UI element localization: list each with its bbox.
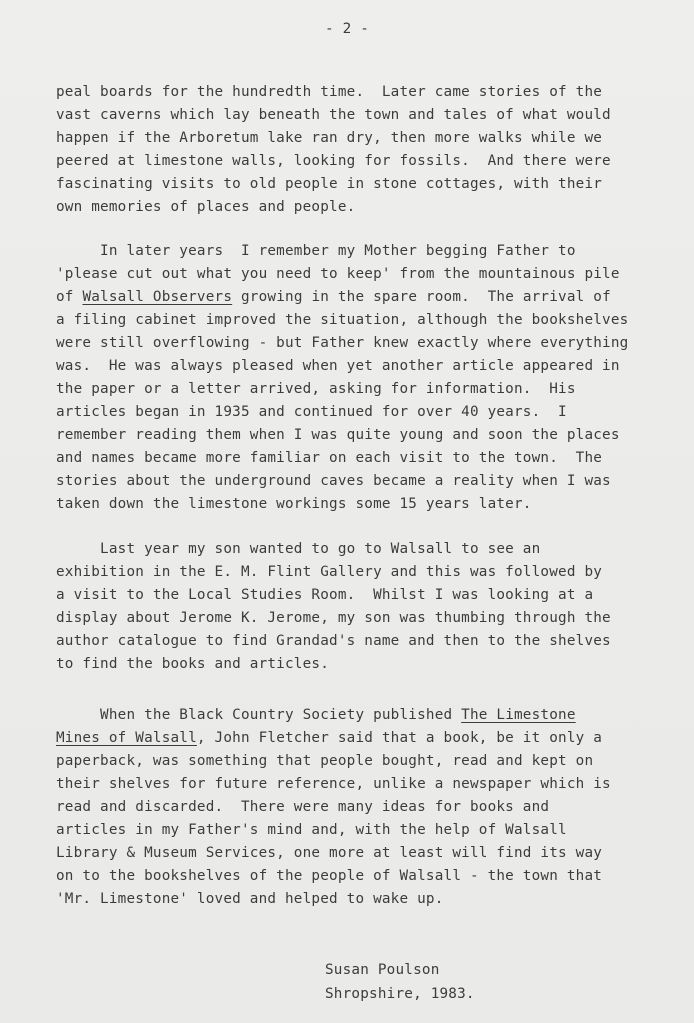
text-segment: on to the bookshelves of the people of W… [56,868,602,884]
text-segment: articles began in 1935 and continued for… [56,404,567,420]
text-line: happen if the Arboretum lake ran dry, th… [56,127,611,150]
paragraph-limestone-mines-book: When the Black Country Society published… [56,704,611,911]
text-segment: , John Fletcher said that a book, be it … [197,730,602,746]
text-segment: own memories of places and people. [56,199,355,215]
text-segment: 'please cut out what you need to keep' f… [56,266,620,282]
text-line: a visit to the Local Studies Room. Whils… [56,584,611,607]
paragraph-local-studies-visit: Last year my son wanted to go to Walsall… [56,538,611,676]
signature-place-date: Shropshire, 1983. [325,982,475,1006]
text-line: read and discarded. There were many idea… [56,796,611,819]
text-line: articles began in 1935 and continued for… [56,401,628,424]
text-segment: fascinating visits to old people in ston… [56,176,602,192]
text-line: on to the bookshelves of the people of W… [56,865,611,888]
text-line: vast caverns which lay beneath the town … [56,104,611,127]
text-segment: was. He was always pleased when yet anot… [56,358,620,374]
text-line: were still overflowing - but Father knew… [56,332,628,355]
text-line: fascinating visits to old people in ston… [56,173,611,196]
paragraph-childhood-memories: peal boards for the hundredth time. Late… [56,81,611,219]
text-segment: growing in the spare room. The arrival o… [232,289,611,305]
signature-block: Susan Poulson Shropshire, 1983. [325,958,475,1006]
text-line: 'please cut out what you need to keep' f… [56,263,628,286]
underlined-title: Walsall Observers [82,289,232,305]
underlined-title: The Limestone [461,707,576,723]
text-line: and names became more familiar on each v… [56,447,628,470]
text-segment: to find the books and articles. [56,656,329,672]
text-line: In later years I remember my Mother begg… [56,240,628,263]
document-page: - 2 - peal boards for the hundredth time… [0,0,694,1023]
text-line: display about Jerome K. Jerome, my son w… [56,607,611,630]
underlined-title: Mines of Walsall [56,730,197,746]
text-segment: 'Mr. Limestone' loved and helped to wake… [56,891,444,907]
text-line: author catalogue to find Grandad's name … [56,630,611,653]
text-line: own memories of places and people. [56,196,611,219]
text-segment: taken down the limestone workings some 1… [56,496,532,512]
text-line: of Walsall Observers growing in the spar… [56,286,628,309]
text-segment: articles in my Father's mind and, with t… [56,822,567,838]
text-line: Library & Museum Services, one more at l… [56,842,611,865]
text-segment: happen if the Arboretum lake ran dry, th… [56,130,602,146]
text-segment: the paper or a letter arrived, asking fo… [56,381,576,397]
text-segment: peal boards for the hundredth time. Late… [56,84,602,100]
text-line: Last year my son wanted to go to Walsall… [56,538,611,561]
text-segment: In later years I remember my Mother begg… [56,243,576,259]
text-line: to find the books and articles. [56,653,611,676]
text-segment: Last year my son wanted to go to Walsall… [56,541,540,557]
text-line: a filing cabinet improved the situation,… [56,309,628,332]
text-segment: of [56,289,82,305]
text-segment: read and discarded. There were many idea… [56,799,549,815]
text-segment: author catalogue to find Grandad's name … [56,633,611,649]
text-line: taken down the limestone workings some 1… [56,493,628,516]
page-number: - 2 - [0,18,694,40]
text-segment: stories about the underground caves beca… [56,473,611,489]
text-segment: peered at limestone walls, looking for f… [56,153,611,169]
text-segment: display about Jerome K. Jerome, my son w… [56,610,611,626]
text-segment: a visit to the Local Studies Room. Whils… [56,587,593,603]
text-segment: paperback, was something that people bou… [56,753,593,769]
text-line: stories about the underground caves beca… [56,470,628,493]
text-line: was. He was always pleased when yet anot… [56,355,628,378]
text-line: articles in my Father's mind and, with t… [56,819,611,842]
text-line: their shelves for future reference, unli… [56,773,611,796]
text-line: 'Mr. Limestone' loved and helped to wake… [56,888,611,911]
text-segment: When the Black Country Society published [56,707,461,723]
text-segment: and names became more familiar on each v… [56,450,602,466]
signature-name: Susan Poulson [325,958,475,982]
text-segment: were still overflowing - but Father knew… [56,335,628,351]
text-line: paperback, was something that people bou… [56,750,611,773]
text-segment: exhibition in the E. M. Flint Gallery an… [56,564,602,580]
text-segment: a filing cabinet improved the situation,… [56,312,628,328]
text-line: remember reading them when I was quite y… [56,424,628,447]
text-line: peal boards for the hundredth time. Late… [56,81,611,104]
paragraph-later-years: In later years I remember my Mother begg… [56,240,628,516]
text-line: When the Black Country Society published… [56,704,611,727]
text-segment: remember reading them when I was quite y… [56,427,620,443]
text-segment: their shelves for future reference, unli… [56,776,611,792]
text-segment: Library & Museum Services, one more at l… [56,845,602,861]
text-line: Mines of Walsall, John Fletcher said tha… [56,727,611,750]
text-line: peered at limestone walls, looking for f… [56,150,611,173]
text-segment: vast caverns which lay beneath the town … [56,107,611,123]
text-line: exhibition in the E. M. Flint Gallery an… [56,561,611,584]
text-line: the paper or a letter arrived, asking fo… [56,378,628,401]
